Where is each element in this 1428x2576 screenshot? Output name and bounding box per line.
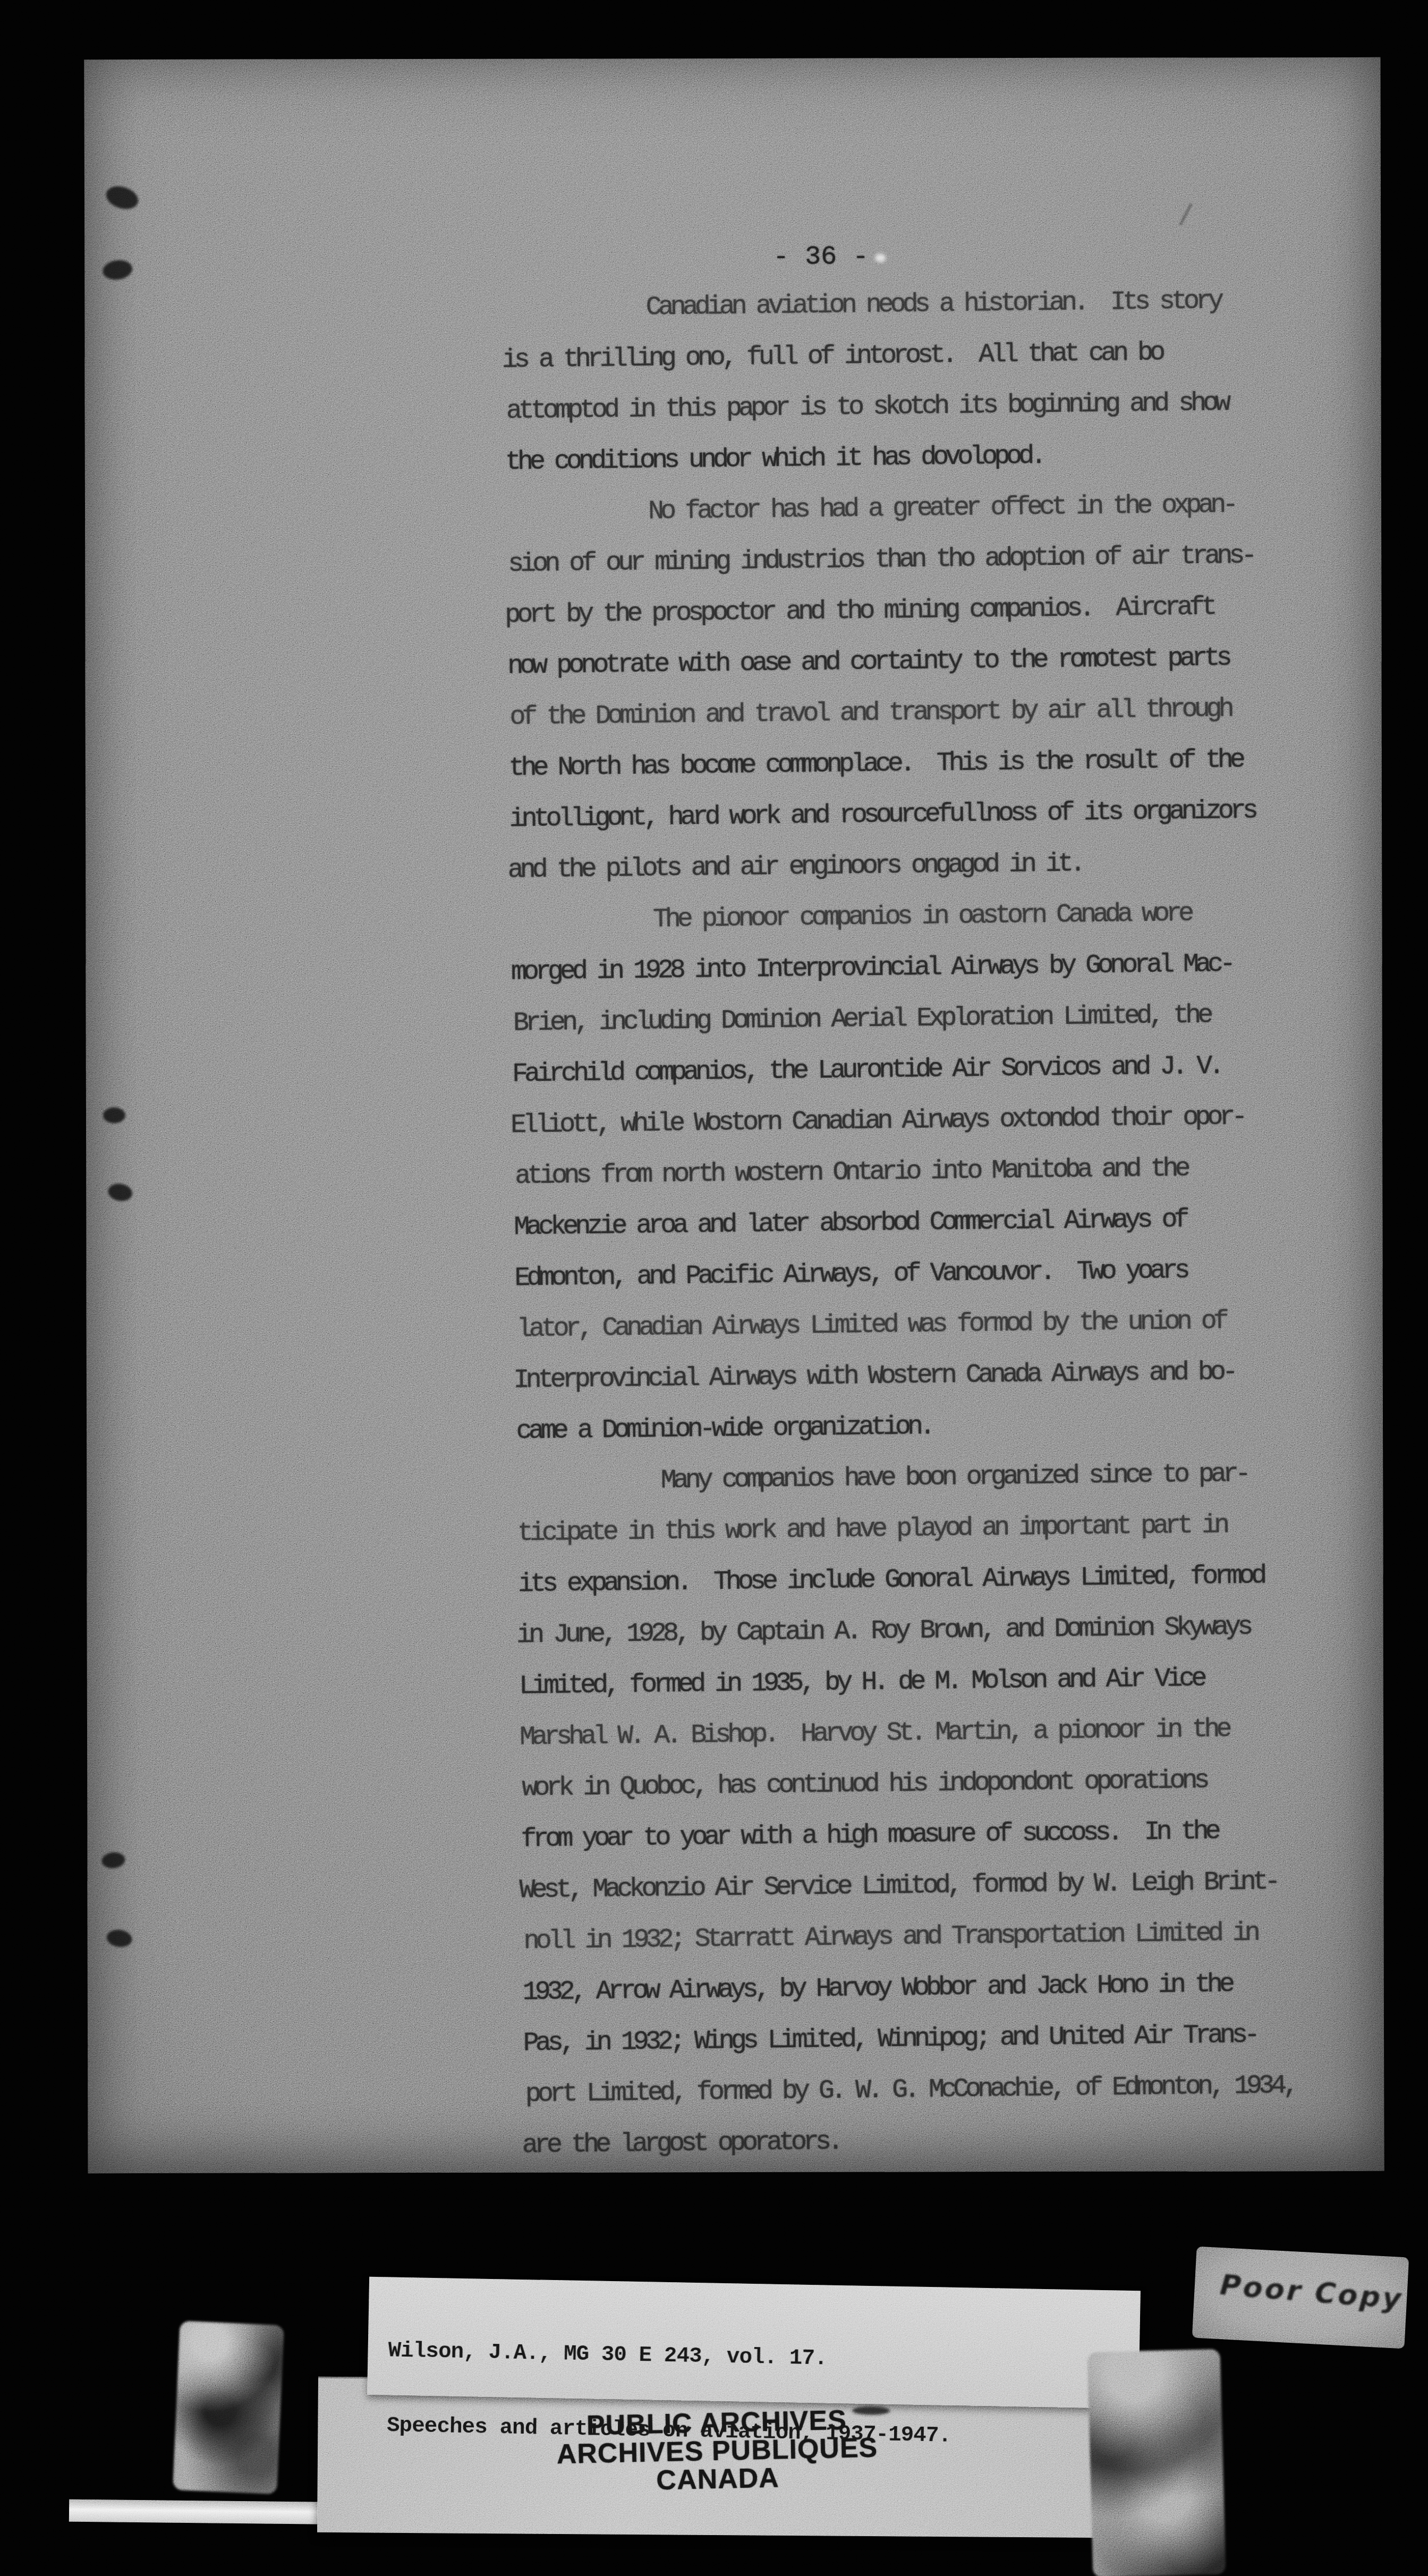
ink-speck bbox=[103, 182, 141, 213]
masking-tape-left bbox=[173, 2321, 284, 2494]
typed-line: intolligont, hard work and rosourcefulln… bbox=[509, 785, 1359, 845]
typed-line: Marshal W. A. Bishop. Harvoy St. Martin,… bbox=[520, 1702, 1370, 1763]
typed-line: lator, Canadian Airways Limited was form… bbox=[516, 1294, 1367, 1355]
typed-line: Elliott, while Wostorn Canadian Airways … bbox=[511, 1091, 1361, 1151]
typed-line: and the pilots and air enginoors ongagod… bbox=[507, 836, 1358, 896]
typed-line: ations from north wostern Ontario into M… bbox=[515, 1141, 1365, 1202]
catalog-label-slip: Wilson, J.A., MG 30 E 243, vol. 17. Spee… bbox=[367, 2277, 1141, 2409]
scanned-document-photograph: - 36 - Canadian aviation neods a histori… bbox=[0, 0, 1428, 2576]
typed-line: West, Mackonzio Air Service Limitod, for… bbox=[519, 1855, 1370, 1916]
ink-speck bbox=[107, 1182, 134, 1202]
typed-line: Many companios have boon organized since… bbox=[518, 1447, 1368, 1508]
ink-speck bbox=[103, 1107, 125, 1123]
typed-line: No factor has had a greater offect in th… bbox=[506, 479, 1356, 539]
typed-line: morged in 1928 into Interprovincial Airw… bbox=[511, 938, 1361, 998]
typed-line: Interprovincial Airways with Wostern Can… bbox=[513, 1346, 1364, 1406]
typed-line: sion of our mining industrios than tho a… bbox=[508, 530, 1358, 590]
typed-line: work in Quoboc, has continuod his indopo… bbox=[522, 1753, 1372, 1814]
typed-line: Pas, in 1932; Wings Limited, Winnipog; a… bbox=[523, 2009, 1373, 2069]
typed-line: Canadian aviation neods a historian. Its… bbox=[503, 275, 1354, 335]
typed-line: in June, 1928, by Captain A. Roy Brown, … bbox=[516, 1600, 1367, 1661]
typed-line: 1932, Arrow Airways, by Harvoy Wobbor an… bbox=[522, 1958, 1373, 2018]
typewritten-page: - 36 - Canadian aviation neods a histori… bbox=[84, 57, 1384, 2173]
typed-line: are the largost oporators. bbox=[522, 2111, 1372, 2171]
typed-line: The pionoor companios in oastorn Canada … bbox=[510, 887, 1361, 947]
handwritten-note-slip: Poor Copy bbox=[1192, 2247, 1409, 2349]
typed-line: the conditions undor which it has dovolo… bbox=[505, 428, 1356, 488]
handwritten-note: Poor Copy bbox=[1193, 2244, 1409, 2316]
typed-line: port Limited, formed by G. W. G. McConac… bbox=[525, 2060, 1375, 2120]
typed-line: attomptod in this papor is to skotch its… bbox=[506, 377, 1356, 437]
public-archives-stamp: PUBLIC ARCHIVES ARCHIVES PUBLIQUES CANAD… bbox=[530, 2405, 904, 2498]
typed-line: now ponotrate with oase and cortainty to… bbox=[507, 632, 1358, 692]
scan-glare-dot bbox=[875, 253, 886, 262]
ink-speck bbox=[101, 1851, 126, 1870]
ink-speck bbox=[106, 1928, 133, 1948]
typed-line: Brien, including Dominion Aerial Explora… bbox=[513, 988, 1364, 1049]
typed-line: Fairchild companios, the Laurontide Air … bbox=[512, 1040, 1363, 1100]
typed-line: ticipate in this work and have playod an… bbox=[517, 1498, 1367, 1559]
typed-line: Mackenzie aroa and later absorbod Commer… bbox=[514, 1192, 1364, 1253]
typed-text-block: Canadian aviation neods a historian. Its… bbox=[503, 275, 1374, 2172]
ink-speck bbox=[101, 258, 134, 282]
typed-line: port by the prospoctor and tho mining co… bbox=[505, 581, 1355, 641]
typed-line: of the Dominion and travol and transport… bbox=[509, 683, 1360, 743]
typed-line: Limited, formed in 1935, by H. de M. Mol… bbox=[519, 1651, 1370, 1712]
typed-line: its expansion. Those include Gonoral Air… bbox=[517, 1549, 1368, 1610]
typed-line: from yoar to yoar with a high moasure of… bbox=[521, 1804, 1371, 1865]
typed-line: noll in 1932; Starratt Airways and Trans… bbox=[523, 1906, 1374, 1967]
masking-tape-right bbox=[1087, 2349, 1226, 2576]
page-number: - 36 - bbox=[773, 242, 869, 273]
typed-line: the North has bocome commonplace. This i… bbox=[508, 734, 1359, 794]
typed-line: came a Dominion-wide organization. bbox=[516, 1396, 1366, 1457]
typed-line: is a thrilling ono, full of intorost. Al… bbox=[501, 326, 1352, 386]
catalog-label-line1: Wilson, J.A., MG 30 E 243, vol. 17. bbox=[388, 2338, 1140, 2377]
stray-pencil-mark bbox=[1179, 203, 1193, 226]
typed-line: Edmonton, and Pacific Airways, of Vancou… bbox=[514, 1243, 1365, 1304]
